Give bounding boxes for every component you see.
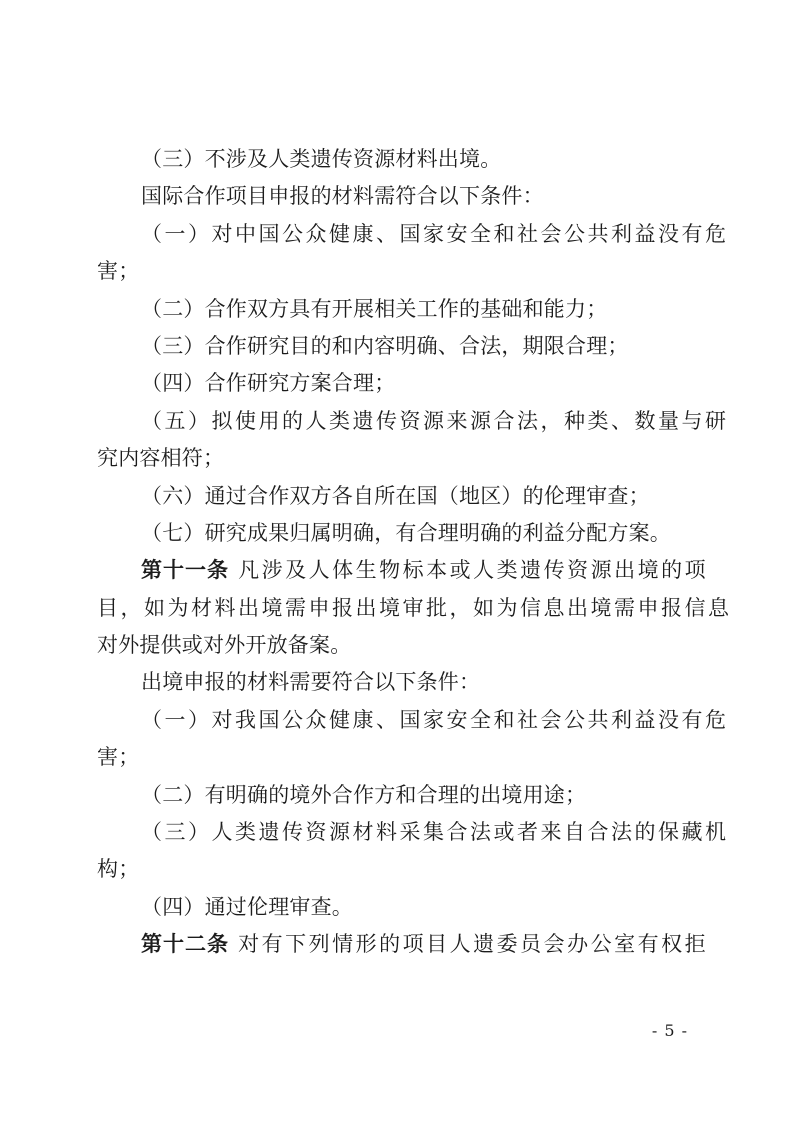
- text-line: （五）拟使用的人类遗传资源来源合法，种类、数量与研: [97, 403, 733, 440]
- text-line: 第十一条 凡涉及人体生物标本或人类遗传资源出境的项: [97, 552, 733, 589]
- text-line: （三）不涉及人类遗传资源材料出境。: [97, 141, 733, 178]
- text-line: （三）合作研究目的和内容明确、合法，期限合理；: [97, 328, 733, 365]
- text-line: 究内容相符；: [97, 440, 733, 477]
- text-line: 构；: [97, 851, 733, 888]
- document-page: （三）不涉及人类遗传资源材料出境。国际合作项目申报的材料需符合以下条件：（一）对…: [0, 0, 794, 1123]
- text-line: （六）通过合作双方各自所在国（地区）的伦理审查；: [97, 478, 733, 515]
- text-line: 对外提供或对外开放备案。: [97, 627, 733, 664]
- text-line: 害；: [97, 739, 733, 776]
- article-number: 第十一条: [141, 558, 229, 582]
- text-line: 第十二条 对有下列情形的项目人遗委员会办公室有权拒: [97, 926, 733, 963]
- text-line: （七）研究成果归属明确，有合理明确的利益分配方案。: [97, 515, 733, 552]
- page-number: - 5 -: [620, 1021, 720, 1041]
- text-line: （四）通过伦理审查。: [97, 889, 733, 926]
- text-line: 出境申报的材料需要符合以下条件：: [97, 664, 733, 701]
- text-block: （三）不涉及人类遗传资源材料出境。国际合作项目申报的材料需符合以下条件：（一）对…: [97, 141, 733, 964]
- article-number: 第十二条: [141, 932, 229, 956]
- text-line: （一）对中国公众健康、国家安全和社会公共利益没有危: [97, 216, 733, 253]
- text-line: （三）人类遗传资源材料采集合法或者来自合法的保藏机: [97, 814, 733, 851]
- text-line: 国际合作项目申报的材料需符合以下条件：: [97, 178, 733, 215]
- text-line: （一）对我国公众健康、国家安全和社会公共利益没有危: [97, 702, 733, 739]
- text-line: 目，如为材料出境需申报出境审批，如为信息出境需申报信息: [97, 590, 733, 627]
- text-line: （二）有明确的境外合作方和合理的出境用途；: [97, 777, 733, 814]
- text-line: （四）合作研究方案合理；: [97, 365, 733, 402]
- text-line: （二）合作双方具有开展相关工作的基础和能力；: [97, 291, 733, 328]
- text-line: 害；: [97, 253, 733, 290]
